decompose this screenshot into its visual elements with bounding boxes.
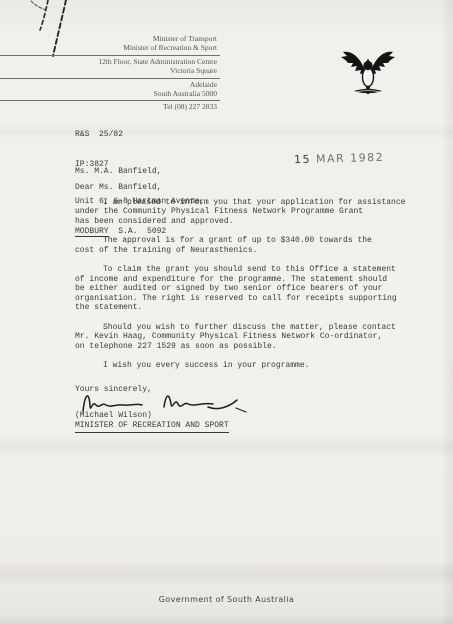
letterhead-address-line: Victoria Square: [0, 67, 220, 76]
letter-body: Dear Ms. Banfield, I am pleased to infor…: [75, 183, 427, 394]
reference-number: R&S 25/82: [75, 130, 123, 140]
paper-crease: [0, 436, 453, 458]
paper-crease: [0, 560, 453, 586]
body-paragraph: Should you wish to further discuss the m…: [75, 323, 427, 352]
body-paragraph: The approval is for a grant of up to $34…: [75, 236, 427, 255]
letterhead-address-line: South Australia 5000: [0, 90, 220, 99]
signer-name: (Michael Wilson): [75, 411, 152, 421]
salutation: Dear Ms. Banfield,: [75, 183, 427, 193]
signer-title: MINISTER OF RECREATION AND SPORT: [75, 421, 229, 433]
recipient-name: Ms. M.A. Banfield,: [75, 167, 205, 177]
body-paragraph: I wish you every success in your program…: [75, 361, 427, 371]
date-stamp-month-year: MAR 1982: [311, 151, 384, 166]
date-stamp: 15 MAR 1982: [294, 151, 384, 166]
footer-text: Government of South Australia: [0, 595, 453, 604]
piping-shrike-emblem-icon: [336, 42, 400, 100]
letterhead-divider: [0, 54, 220, 56]
body-paragraph: To claim the grant you should send to th…: [75, 265, 427, 313]
letterhead-minister-line: Minister of Recreation & Sport: [0, 44, 220, 53]
body-paragraph: I am pleased to inform you that your app…: [75, 198, 427, 227]
letterhead: Minister of Transport Minister of Recrea…: [0, 35, 220, 112]
date-stamp-day: 15: [294, 153, 311, 166]
paper-crease: [0, 124, 453, 140]
letterhead-divider: [0, 77, 220, 79]
letterhead-divider: [0, 99, 220, 101]
paper-edge-shadow: [0, 614, 453, 624]
scanned-letter-page: Minister of Transport Minister of Recrea…: [0, 0, 453, 624]
paper-edge-shadow: [441, 0, 453, 624]
